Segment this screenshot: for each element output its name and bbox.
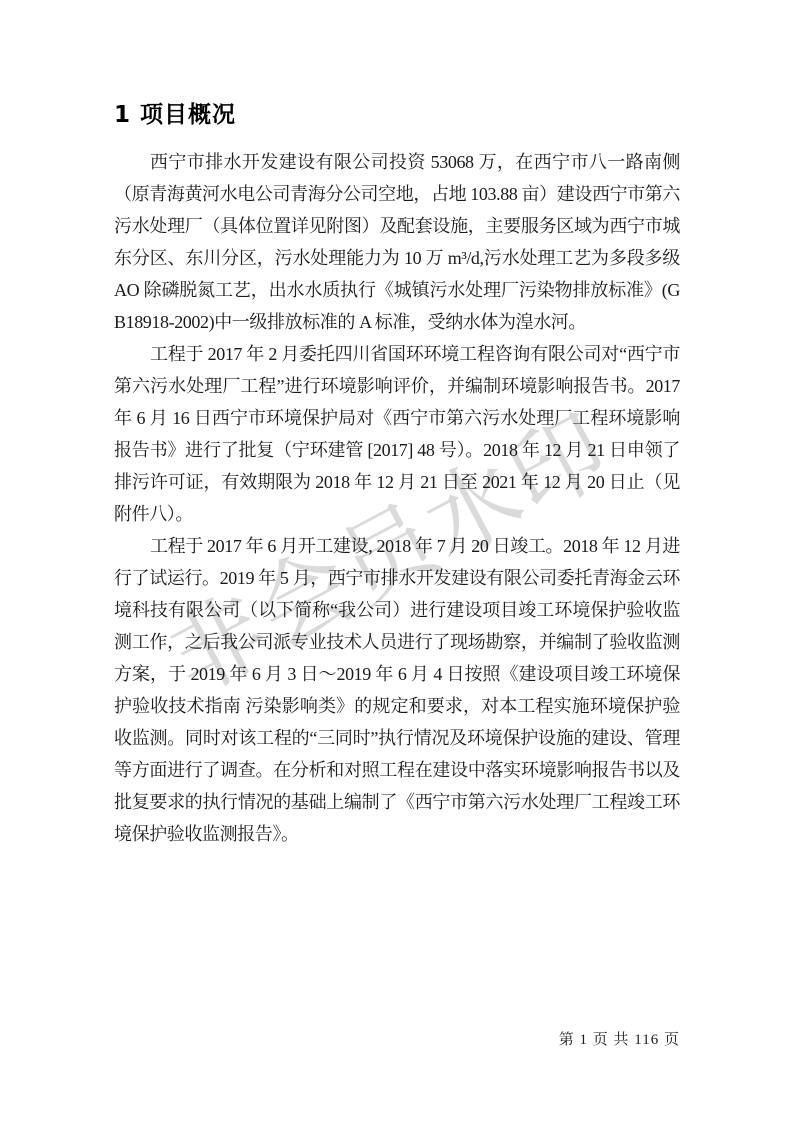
section-heading: 1 项目概况 bbox=[114, 96, 680, 129]
paragraph-eia-approval: 工程于 2017 年 2 月委托四川省国环环境工程咨询有限公司对“西宁市第六污水… bbox=[114, 338, 680, 530]
document-page: 非会员水印 1 项目概况 西宁市排水开发建设有限公司投资 53068 万，在西宁… bbox=[0, 0, 793, 1122]
paragraph-construction-acceptance: 工程于 2017 年 6 月开工建设, 2018 年 7 月 20 日竣工。20… bbox=[114, 530, 680, 850]
page-number: 第 1 页 共 116 页 bbox=[559, 1028, 680, 1049]
paragraph-project-overview: 西宁市排水开发建设有限公司投资 53068 万，在西宁市八一路南侧（原青海黄河水… bbox=[114, 146, 680, 338]
page-content: 1 项目概况 西宁市排水开发建设有限公司投资 53068 万，在西宁市八一路南侧… bbox=[114, 96, 680, 850]
